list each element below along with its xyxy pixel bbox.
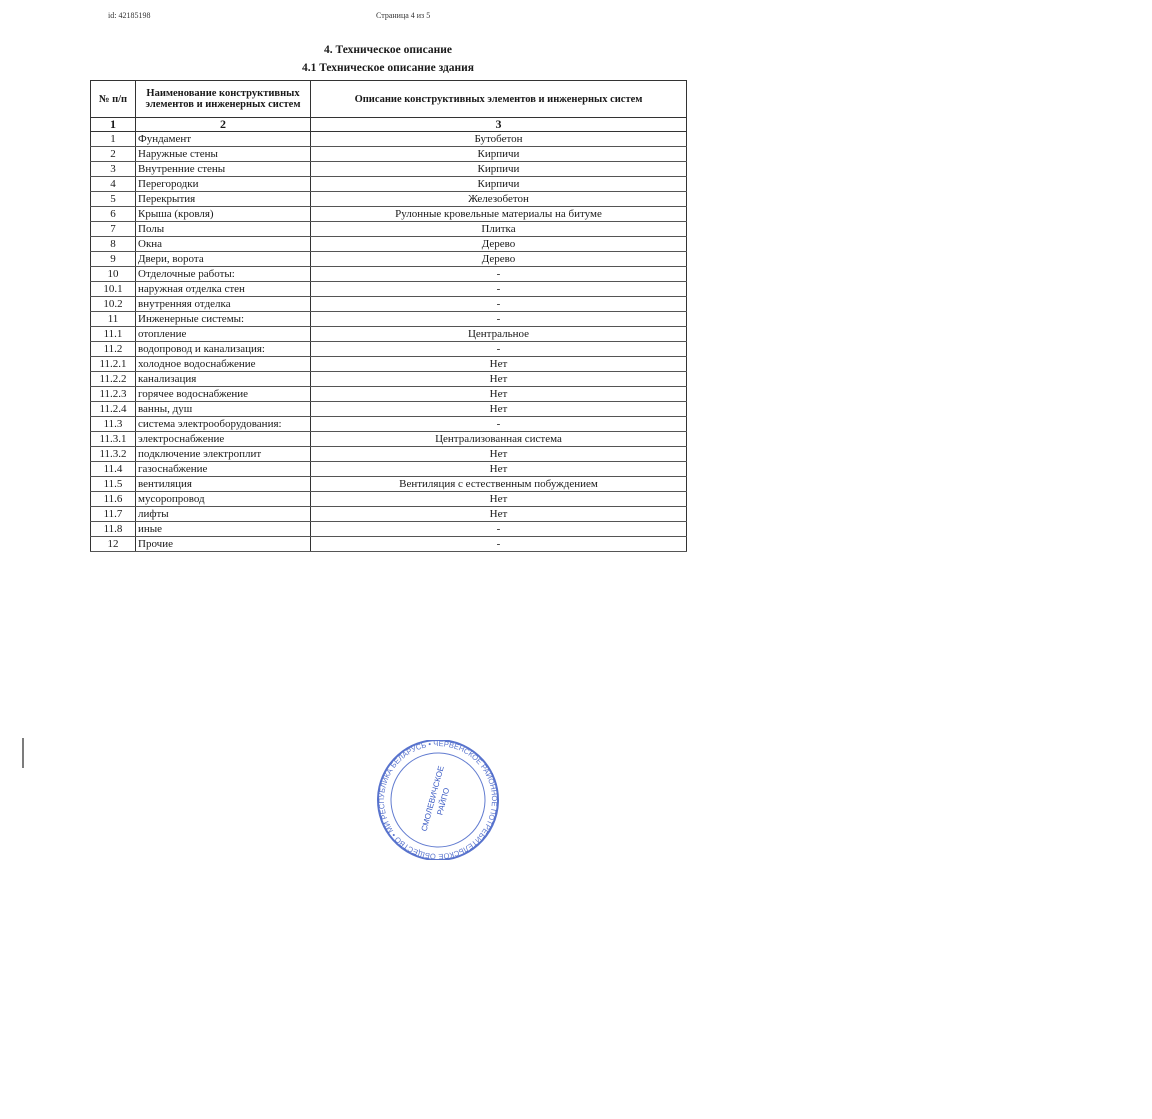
row-number: 10.2 — [91, 297, 136, 312]
table-row: 11.3.1электроснабжениеЦентрализованная с… — [91, 432, 687, 447]
row-element-name: холодное водоснабжение — [136, 357, 311, 372]
row-number: 11.2.1 — [91, 357, 136, 372]
row-description: - — [311, 342, 687, 357]
row-description: Централизованная система — [311, 432, 687, 447]
row-element-name: Крыша (кровля) — [136, 207, 311, 222]
svg-text:РЕСПУБЛИКА БЕЛАРУСЬ • ЧЕРВЕНСК: РЕСПУБЛИКА БЕЛАРУСЬ • ЧЕРВЕНСКОЕ РАЙОННО… — [373, 740, 503, 860]
row-number: 6 — [91, 207, 136, 222]
stamp-outer-text: РЕСПУБЛИКА БЕЛАРУСЬ • ЧЕРВЕНСКОЕ РАЙОННО… — [373, 740, 503, 860]
row-number: 1 — [91, 132, 136, 147]
table-row: 1ФундаментБутобетон — [91, 132, 687, 147]
table-row: 11.2.4ванны, душНет — [91, 402, 687, 417]
table-row: 5ПерекрытияЖелезобетон — [91, 192, 687, 207]
scan-artifact — [22, 738, 26, 768]
row-description: Кирпичи — [311, 162, 687, 177]
row-description: Бутобетон — [311, 132, 687, 147]
row-description: Вентиляция с естественным побуждением — [311, 477, 687, 492]
row-element-name: наружная отделка стен — [136, 282, 311, 297]
subsection-title: 4.1 Техническое описание здания — [90, 62, 686, 74]
table-row: 11.2.1холодное водоснабжениеНет — [91, 357, 687, 372]
column-numbers-row: 1 2 3 — [91, 118, 687, 132]
table-row: 10.1наружная отделка стен- — [91, 282, 687, 297]
row-element-name: иные — [136, 522, 311, 537]
column-number: 3 — [311, 118, 687, 132]
row-element-name: мусоропровод — [136, 492, 311, 507]
row-element-name: водопровод и канализация: — [136, 342, 311, 357]
row-number: 11.2.4 — [91, 402, 136, 417]
table-header-row: № п/п Наименование конструктивных элемен… — [91, 81, 687, 118]
row-description: - — [311, 522, 687, 537]
row-description: - — [311, 312, 687, 327]
row-element-name: внутренняя отделка — [136, 297, 311, 312]
column-header-description: Описание конструктивных элементов и инже… — [311, 81, 687, 118]
row-element-name: электроснабжение — [136, 432, 311, 447]
row-description: Нет — [311, 402, 687, 417]
row-description: Дерево — [311, 252, 687, 267]
table-row: 11Инженерные системы:- — [91, 312, 687, 327]
row-number: 8 — [91, 237, 136, 252]
row-element-name: Инженерные системы: — [136, 312, 311, 327]
row-element-name: вентиляция — [136, 477, 311, 492]
row-description: Дерево — [311, 237, 687, 252]
row-element-name: Перекрытия — [136, 192, 311, 207]
row-number: 9 — [91, 252, 136, 267]
row-number: 11.1 — [91, 327, 136, 342]
row-element-name: отопление — [136, 327, 311, 342]
row-description: Нет — [311, 357, 687, 372]
row-number: 7 — [91, 222, 136, 237]
row-number: 11.7 — [91, 507, 136, 522]
technical-description-table: № п/п Наименование конструктивных элемен… — [90, 80, 687, 552]
row-number: 11 — [91, 312, 136, 327]
row-description: Нет — [311, 462, 687, 477]
row-element-name: система электрооборудования: — [136, 417, 311, 432]
table-row: 11.2.3горячее водоснабжениеНет — [91, 387, 687, 402]
row-number: 11.3.2 — [91, 447, 136, 462]
column-number: 2 — [136, 118, 311, 132]
row-number: 10 — [91, 267, 136, 282]
row-description: Кирпичи — [311, 177, 687, 192]
row-number: 11.2.2 — [91, 372, 136, 387]
table-row: 6Крыша (кровля)Рулонные кровельные матер… — [91, 207, 687, 222]
row-element-name: Полы — [136, 222, 311, 237]
row-description: - — [311, 282, 687, 297]
section-title: 4. Техническое описание — [90, 44, 686, 56]
row-number: 11.3 — [91, 417, 136, 432]
table-row: 11.1отоплениеЦентральное — [91, 327, 687, 342]
row-element-name: Наружные стены — [136, 147, 311, 162]
row-element-name: Отделочные работы: — [136, 267, 311, 282]
row-description: Центральное — [311, 327, 687, 342]
table-row: 11.4газоснабжениеНет — [91, 462, 687, 477]
table-row: 11.5вентиляцияВентиляция с естественным … — [91, 477, 687, 492]
page-number: Страница 4 из 5 — [376, 11, 430, 20]
table-row: 11.6мусоропроводНет — [91, 492, 687, 507]
table-row: 12Прочие- — [91, 537, 687, 552]
row-description: Железобетон — [311, 192, 687, 207]
row-number: 11.5 — [91, 477, 136, 492]
row-element-name: Окна — [136, 237, 311, 252]
table-row: 11.3.2подключение электроплитНет — [91, 447, 687, 462]
row-number: 4 — [91, 177, 136, 192]
row-element-name: Внутренние стены — [136, 162, 311, 177]
row-number: 12 — [91, 537, 136, 552]
table-row: 9Двери, воротаДерево — [91, 252, 687, 267]
table-row: 11.2.2канализацияНет — [91, 372, 687, 387]
row-description: Нет — [311, 507, 687, 522]
row-description: - — [311, 417, 687, 432]
row-number: 3 — [91, 162, 136, 177]
row-element-name: канализация — [136, 372, 311, 387]
row-description: Плитка — [311, 222, 687, 237]
row-element-name: ванны, душ — [136, 402, 311, 417]
column-header-element: Наименование конструктивных элементов и … — [136, 81, 311, 118]
row-number: 11.2 — [91, 342, 136, 357]
table-row: 11.7лифтыНет — [91, 507, 687, 522]
table-row: 3Внутренние стеныКирпичи — [91, 162, 687, 177]
row-description: Нет — [311, 492, 687, 507]
table-row: 10.2внутренняя отделка- — [91, 297, 687, 312]
row-description: Нет — [311, 387, 687, 402]
row-element-name: Фундамент — [136, 132, 311, 147]
document-id: id: 42185198 — [108, 11, 150, 20]
row-number: 11.2.3 — [91, 387, 136, 402]
column-header-number: № п/п — [91, 81, 136, 118]
table-row: 11.3система электрооборудования:- — [91, 417, 687, 432]
row-number: 11.8 — [91, 522, 136, 537]
row-number: 11.3.1 — [91, 432, 136, 447]
row-element-name: горячее водоснабжение — [136, 387, 311, 402]
table-row: 7ПолыПлитка — [91, 222, 687, 237]
row-description: - — [311, 267, 687, 282]
row-number: 11.6 — [91, 492, 136, 507]
row-description: Нет — [311, 447, 687, 462]
table-row: 4ПерегородкиКирпичи — [91, 177, 687, 192]
table-row: 8ОкнаДерево — [91, 237, 687, 252]
table-row: 10Отделочные работы:- — [91, 267, 687, 282]
row-number: 10.1 — [91, 282, 136, 297]
row-element-name: лифты — [136, 507, 311, 522]
row-description: - — [311, 297, 687, 312]
column-number: 1 — [91, 118, 136, 132]
row-description: Рулонные кровельные материалы на битуме — [311, 207, 687, 222]
row-description: Нет — [311, 372, 687, 387]
official-stamp: РЕСПУБЛИКА БЕЛАРУСЬ • ЧЕРВЕНСКОЕ РАЙОННО… — [373, 740, 503, 860]
table-row: 11.8иные- — [91, 522, 687, 537]
row-element-name: Перегородки — [136, 177, 311, 192]
row-description: Кирпичи — [311, 147, 687, 162]
row-element-name: Прочие — [136, 537, 311, 552]
table-row: 11.2водопровод и канализация:- — [91, 342, 687, 357]
row-element-name: подключение электроплит — [136, 447, 311, 462]
row-number: 5 — [91, 192, 136, 207]
row-number: 2 — [91, 147, 136, 162]
row-element-name: газоснабжение — [136, 462, 311, 477]
row-description: - — [311, 537, 687, 552]
row-number: 11.4 — [91, 462, 136, 477]
row-element-name: Двери, ворота — [136, 252, 311, 267]
table-row: 2Наружные стеныКирпичи — [91, 147, 687, 162]
